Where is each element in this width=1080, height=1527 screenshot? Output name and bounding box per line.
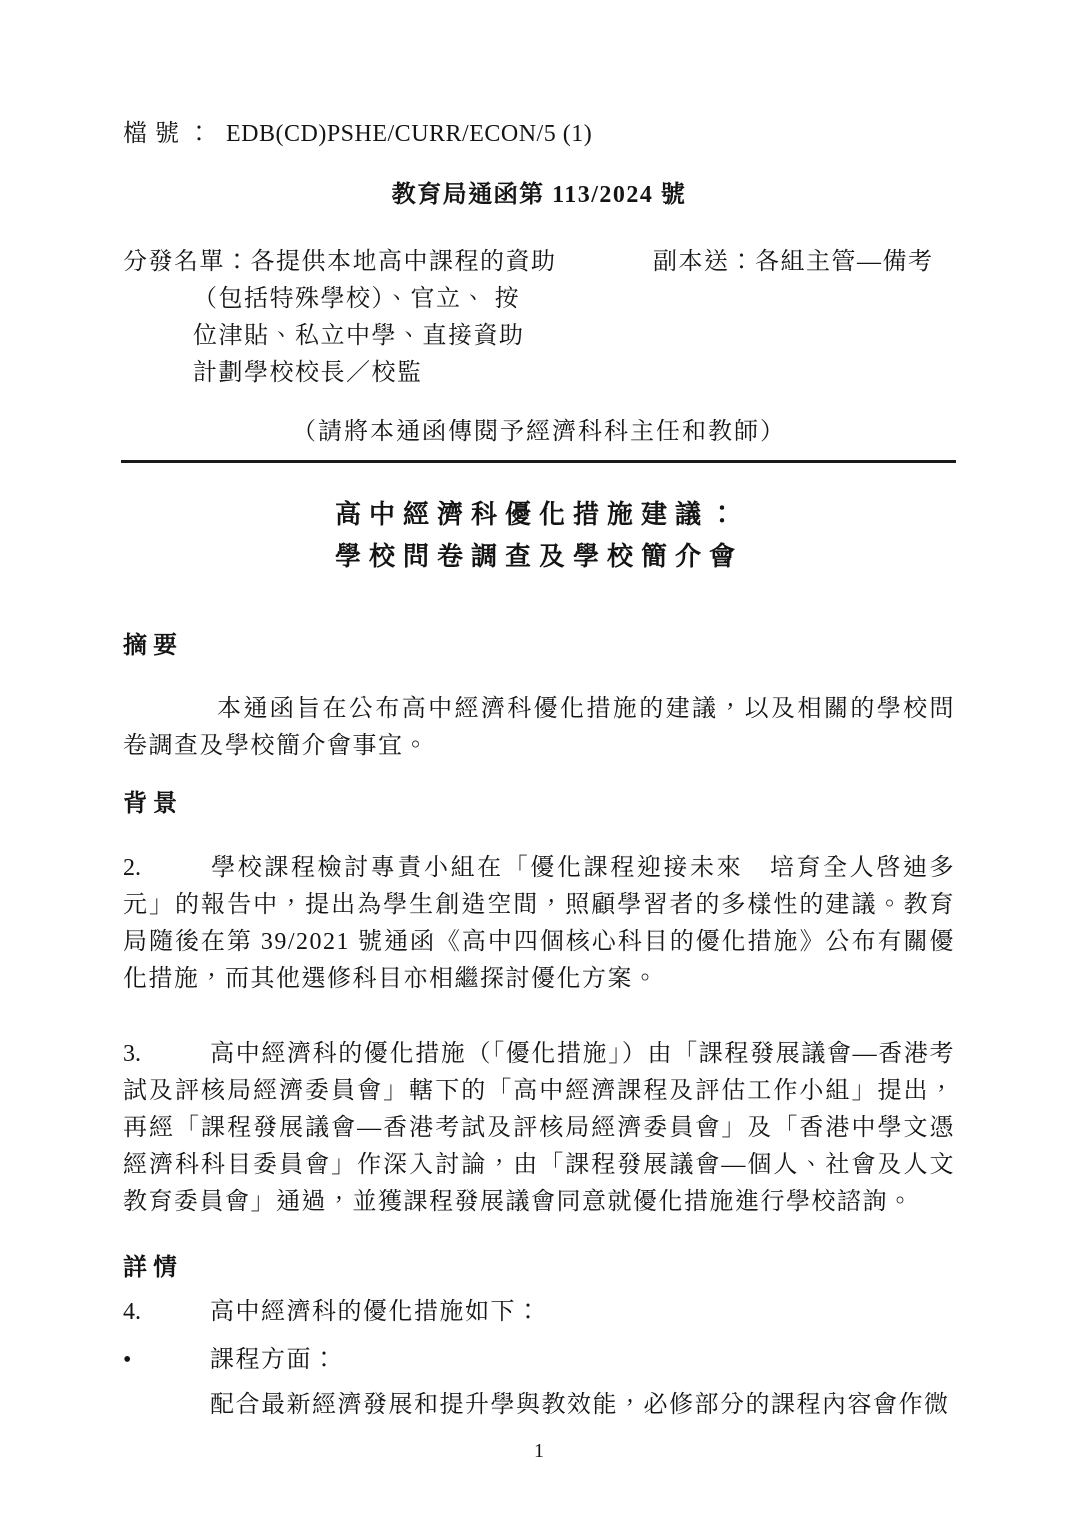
file-number-label: 檔 號 ： [123, 121, 212, 147]
distribution-label: 分發名單： [123, 249, 251, 275]
bullet-label: 課程方面： [210, 1347, 338, 1373]
distribution-line: 位津貼、私立中學、直接資助 [123, 318, 593, 355]
paragraph-2-number: 2. [123, 850, 210, 887]
divider-rule [121, 460, 956, 463]
circulate-note: （請將本通函傳閱予經濟科科主任和教師） [123, 414, 955, 451]
section-heading-details: 詳情 [123, 1250, 955, 1287]
distribution-line: 分發名單：各提供本地高中課程的資助 [123, 244, 593, 281]
bullet-marker: • [123, 1342, 210, 1379]
distribution-line: （包括特殊學校）、官立、 按 [123, 281, 593, 318]
paragraph-2: 2.學校課程檢討專責小組在「優化課程迎接未來 培育全人啓迪多元」的報告中，提出為… [123, 850, 955, 998]
page-number: 1 [123, 1433, 955, 1470]
paragraph-4-number: 4. [123, 1294, 210, 1331]
document-page: 檔 號 ：EDB(CD)PSHE/CURR/ECON/5 (1) 教育局通函第 … [0, 0, 1080, 1527]
paragraph-4-text: 高中經濟科的優化措施如下： [210, 1299, 542, 1325]
bullet-item-curriculum: •課程方面： [123, 1342, 955, 1379]
distribution-list: 分發名單：各提供本地高中課程的資助 （包括特殊學校）、官立、 按 位津貼、私立中… [123, 244, 593, 392]
circular-number-title: 教育局通函第 113/2024 號 [123, 177, 955, 214]
copy-to-block: 副本送：各組主管—備考 [653, 244, 934, 281]
paragraph-3-text: 高中經濟科的優化措施（「優化措施」）由「課程發展議會—香港考試及評核局經濟委員會… [123, 1041, 955, 1215]
paragraph-3-number: 3. [123, 1036, 210, 1073]
main-title-line1: 高中經濟科優化措施建議： [123, 494, 955, 536]
summary-paragraph: 本通函旨在公布高中經濟科優化措施的建議，以及相關的學校問卷調查及學校簡介會事宜。 [123, 691, 955, 765]
paragraph-4: 4.高中經濟科的優化措施如下： [123, 1294, 955, 1331]
copy-to-value: 各組主管—備考 [755, 249, 934, 275]
section-heading-background: 背景 [123, 786, 955, 823]
file-number-value: EDB(CD)PSHE/CURR/ECON/5 (1) [226, 121, 592, 147]
file-number-line: 檔 號 ：EDB(CD)PSHE/CURR/ECON/5 (1) [123, 116, 955, 153]
main-title-line2: 學校問卷調查及學校簡介會 [123, 536, 955, 578]
main-title: 高中經濟科優化措施建議： 學校問卷調查及學校簡介會 [123, 494, 955, 578]
paragraph-2-text: 學校課程檢討專責小組在「優化課程迎接未來 培育全人啓迪多元」的報告中，提出為學生… [123, 855, 955, 992]
paragraph-3: 3.高中經濟科的優化措施（「優化措施」）由「課程發展議會—香港考試及評核局經濟委… [123, 1036, 955, 1221]
copy-to-label: 副本送： [653, 249, 755, 275]
bullet-body-text: 配合最新經濟發展和提升學與教效能，必修部分的課程內容會作微 [210, 1387, 955, 1424]
distribution-block: 分發名單：各提供本地高中課程的資助 （包括特殊學校）、官立、 按 位津貼、私立中… [123, 244, 955, 392]
distribution-line: 計劃學校校長／校監 [123, 355, 593, 392]
distribution-line-text: 各提供本地高中課程的資助 [251, 249, 557, 275]
section-heading-summary: 摘要 [123, 628, 955, 665]
